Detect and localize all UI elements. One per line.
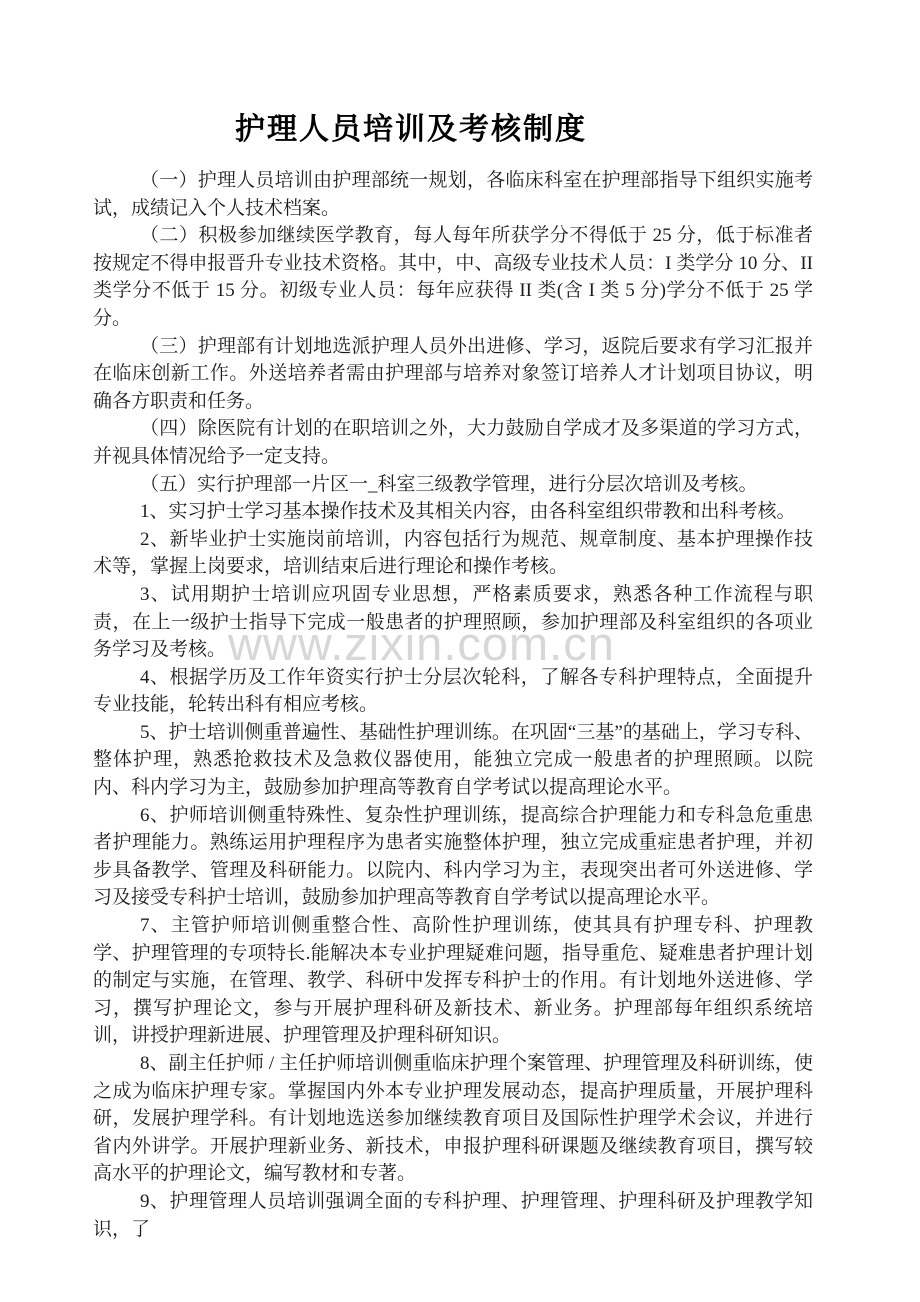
item-3: 3、试用期护士培训应巩固专业思想，严格素质要求，熟悉各种工作流程与职责，在上一级… [93, 581, 813, 664]
para-4: （四）除医院有计划的在职培训之外，大力鼓励自学成才及多渠道的学习方式，并视具体情… [93, 415, 813, 470]
item-8: 8、副主任护师 / 主任护师培训侧重临床护理个案管理、护理管理及科研训练，使之成… [93, 1050, 813, 1188]
item-6: 6、护师培训侧重特殊性、复杂性护理训练，提高综合护理能力和专科急危重患者护理能力… [93, 802, 813, 912]
para-2: （二）积极参加继续医学教育，每人每年所获学分不得低于 25 分，低于标准者按规定… [93, 222, 813, 332]
page-title: 护理人员培训及考核制度 [235, 112, 813, 148]
para-3: （三）护理部有计划地选派护理人员外出进修、学习，返院后要求有学习汇报并在临床创新… [93, 333, 813, 416]
para-1: （一）护理人员培训由护理部统一规划，各临床科室在护理部指导下组织实施考试，成绩记… [93, 167, 813, 222]
item-9: 9、护理管理人员培训强调全面的专科护理、护理管理、护理科研及护理教学知识，了 [93, 1188, 813, 1243]
item-1: 1、实习护士学习基本操作技术及其相关内容，由各科室组织带教和出科考核。 [93, 498, 813, 526]
document-page: www.zixin.com.cn 护理人员培训及考核制度 （一）护理人员培训由护… [0, 0, 920, 1302]
document-body: 护理人员培训及考核制度 （一）护理人员培训由护理部统一规划，各临床科室在护理部指… [93, 0, 813, 1243]
para-5: （五）实行护理部一片区一_科室三级教学管理，进行分层次培训及考核。 [93, 471, 813, 499]
item-7: 7、主管护师培训侧重整合性、高阶性护理训练，使其具有护理专科、护理教学、护理管理… [93, 912, 813, 1050]
item-2: 2、新毕业护士实施岗前培训，内容包括行为规范、规章制度、基本护理操作技术等，掌握… [93, 526, 813, 581]
item-5: 5、护士培训侧重普遍性、基础性护理训练。在巩固“三基”的基础上，学习专科、整体护… [93, 719, 813, 802]
item-4: 4、根据学历及工作年资实行护士分层次轮科，了解各专科护理特点，全面提升专业技能，… [93, 664, 813, 719]
